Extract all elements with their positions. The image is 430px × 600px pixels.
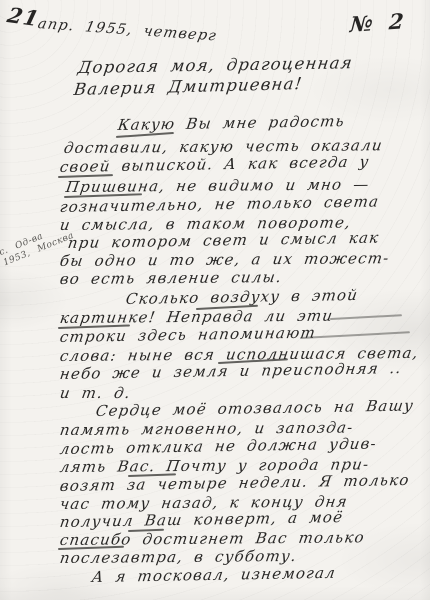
letter-line: и т. д. [59, 384, 133, 402]
letter-line: послезавтра, в субботу. [59, 547, 299, 567]
letter-line: во есть явление силы. [59, 268, 284, 288]
letter-line: бы одно и то же, а их тожест- [59, 249, 391, 270]
letter-number: № 2 [349, 8, 406, 37]
